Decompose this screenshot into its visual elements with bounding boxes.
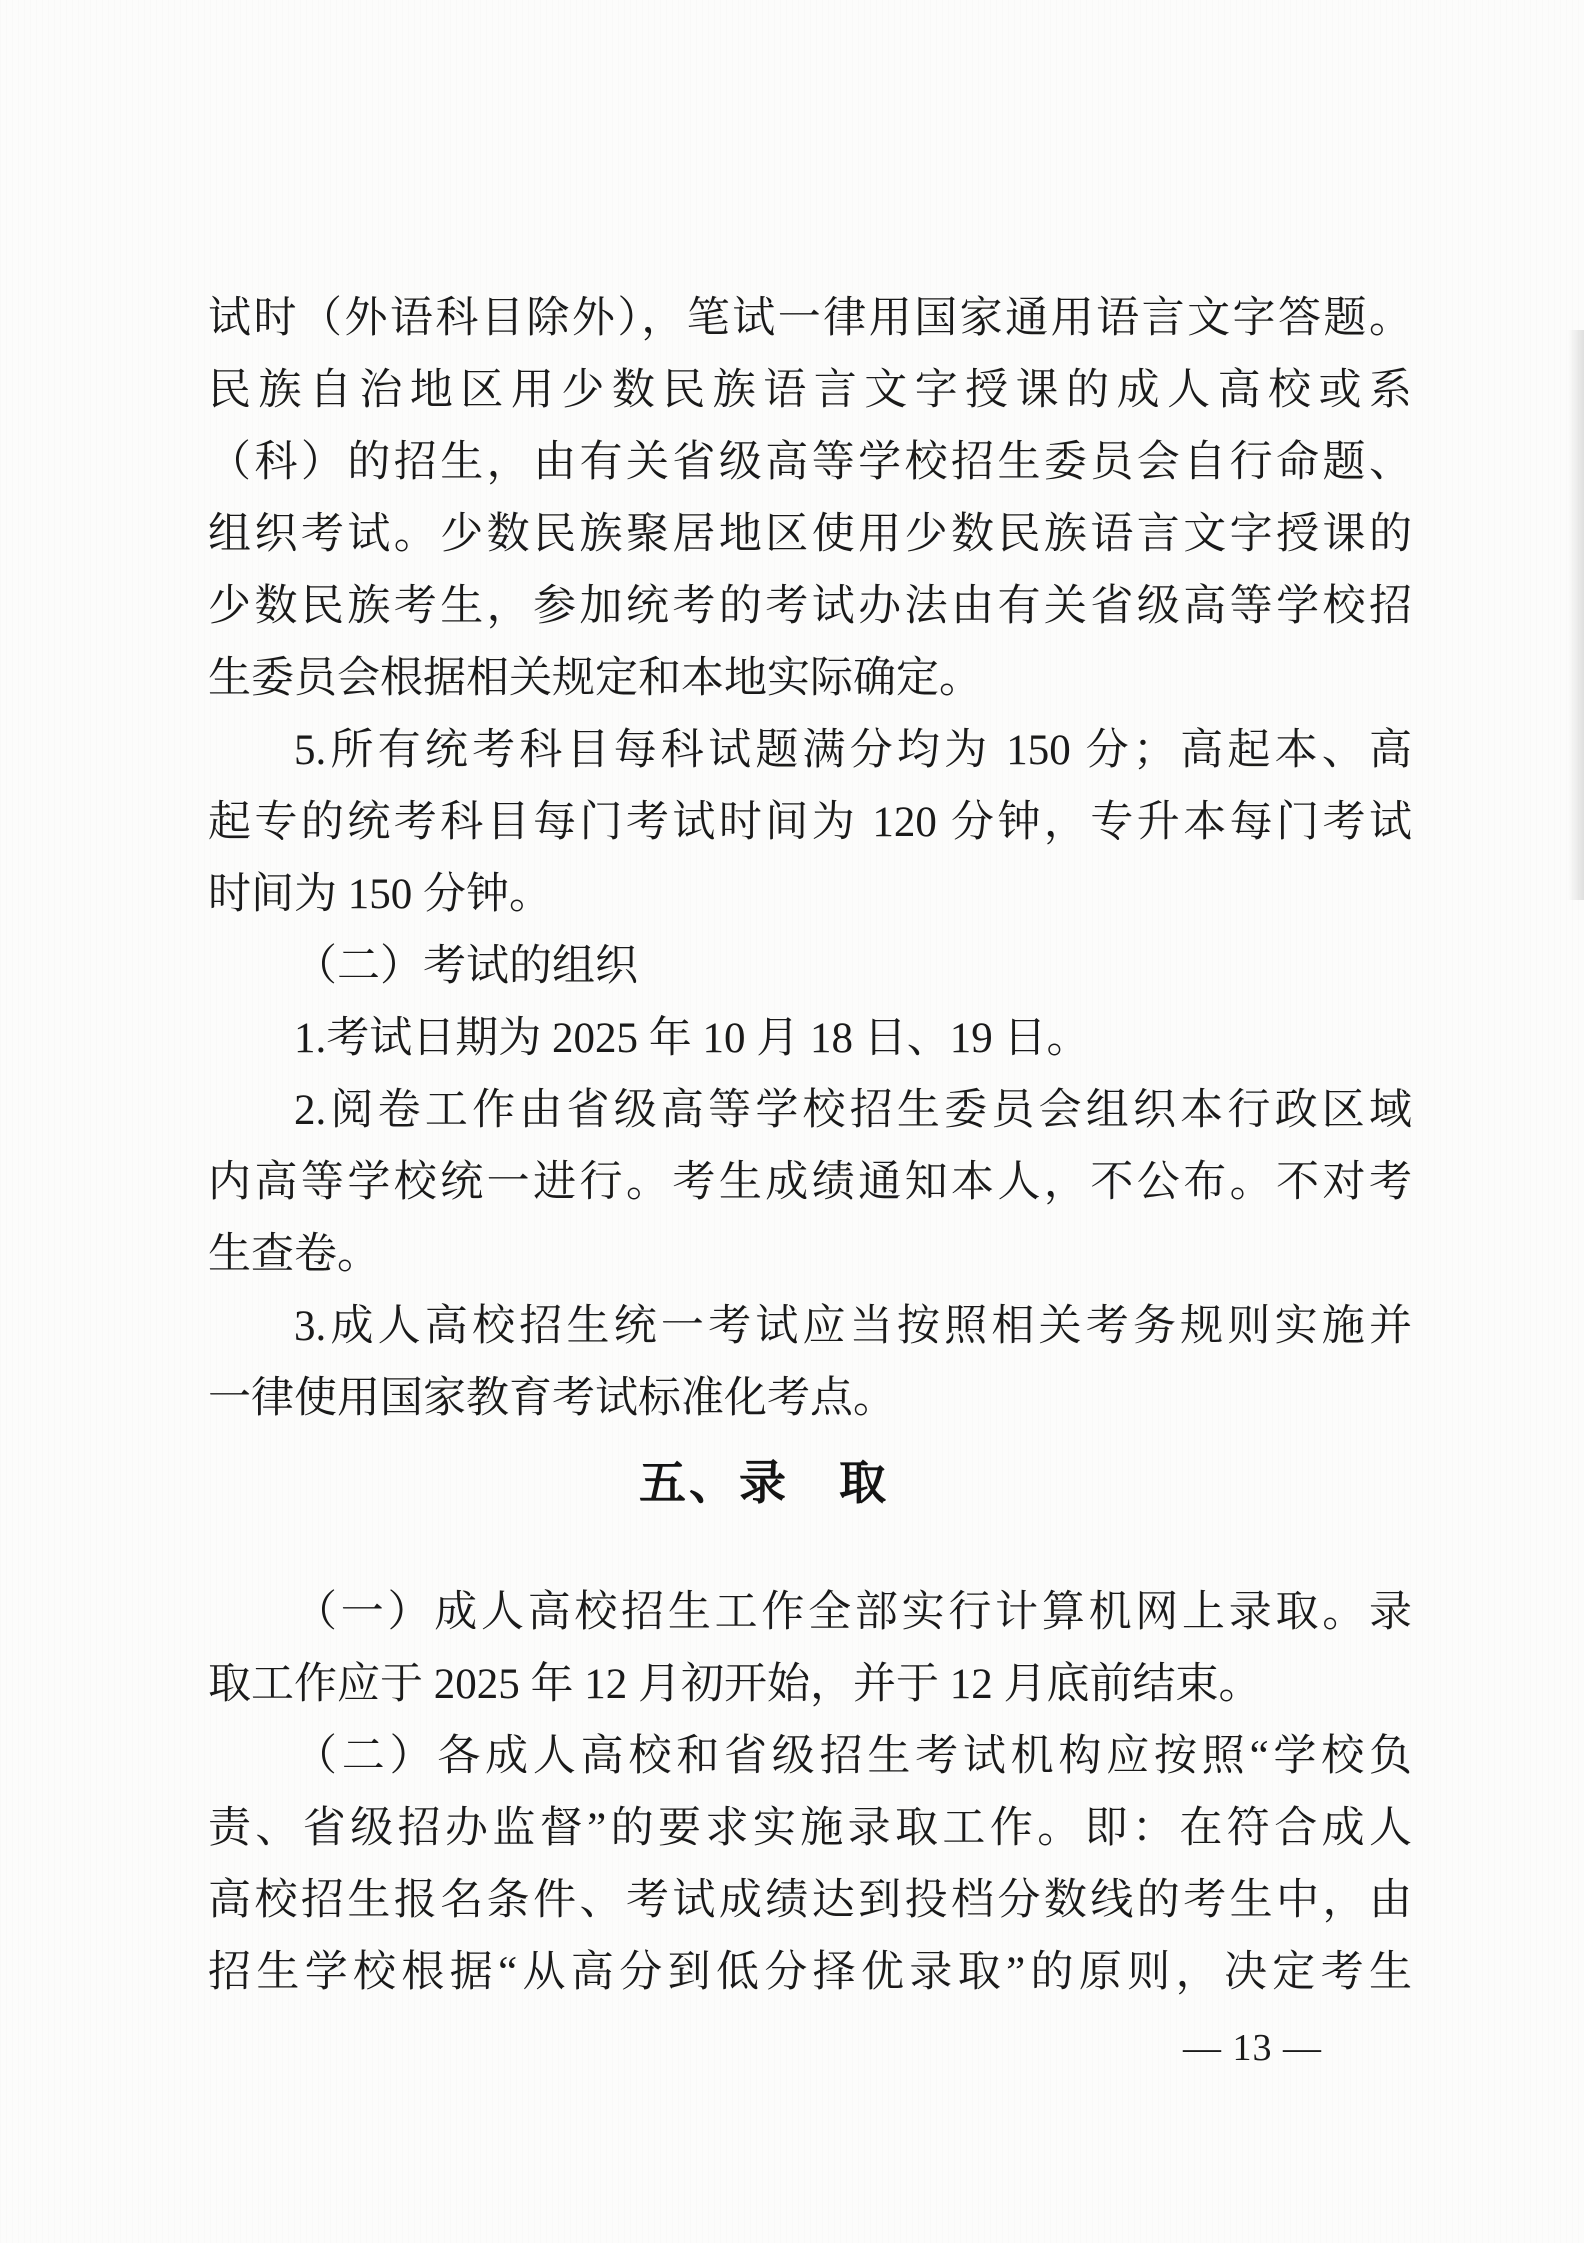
text-line: 内高等学校统一进行。考生成绩通知本人，不公布。不对考 bbox=[208, 1158, 1412, 1209]
text-line: 1.考试日期为 2025 年 10 月 18 日、19 日。 bbox=[208, 1014, 1412, 1065]
text-line: 时间为 150 分钟。 bbox=[208, 870, 1412, 921]
text-line: （二）各成人高校和省级招生考试机构应按照“学校负 bbox=[208, 1732, 1412, 1783]
scan-edge-shadow bbox=[1568, 330, 1584, 900]
text-line: 生查卷。 bbox=[208, 1230, 1412, 1281]
text-line: 少数民族考生，参加统考的考试办法由有关省级高等学校招 bbox=[208, 582, 1412, 633]
page-number: — 13 — bbox=[1183, 2028, 1322, 2070]
text-line: 3.成人高校招生统一考试应当按照相关考务规则实施并 bbox=[208, 1302, 1412, 1353]
text-line: 5.所有统考科目每科试题满分均为 150 分；高起本、高 bbox=[208, 726, 1412, 777]
text-line: （一）成人高校招生工作全部实行计算机网上录取。录 bbox=[208, 1588, 1412, 1639]
text-line: 试时（外语科目除外），笔试一律用国家通用语言文字答题。 bbox=[208, 294, 1412, 345]
text-line: （二）考试的组织 bbox=[208, 942, 1412, 993]
text-line: 一律使用国家教育考试标准化考点。 bbox=[208, 1374, 1412, 1425]
text-line: 生委员会根据相关规定和本地实际确定。 bbox=[208, 654, 1412, 705]
text-line: 招生学校根据“从高分到低分择优录取”的原则，决定考生 bbox=[208, 1948, 1412, 1999]
section-heading: 五、录 取 bbox=[0, 1456, 1556, 1510]
text-line: 民族自治地区用少数民族语言文字授课的成人高校或系 bbox=[208, 366, 1412, 417]
text-line: 2.阅卷工作由省级高等学校招生委员会组织本行政区域 bbox=[208, 1086, 1412, 1137]
text-line: 取工作应于 2025 年 12 月初开始，并于 12 月底前结束。 bbox=[208, 1660, 1412, 1711]
text-line: （科）的招生，由有关省级高等学校招生委员会自行命题、 bbox=[208, 438, 1412, 489]
text-line: 高校招生报名条件、考试成绩达到投档分数线的考生中，由 bbox=[208, 1876, 1412, 1927]
document-page: 试时（外语科目除外），笔试一律用国家通用语言文字答题。民族自治地区用少数民族语言… bbox=[0, 0, 1584, 2243]
text-line: 起专的统考科目每门考试时间为 120 分钟，专升本每门考试 bbox=[208, 798, 1412, 849]
text-line: 组织考试。少数民族聚居地区使用少数民族语言文字授课的 bbox=[208, 510, 1412, 561]
text-line: 责、省级招办监督”的要求实施录取工作。即：在符合成人 bbox=[208, 1804, 1412, 1855]
